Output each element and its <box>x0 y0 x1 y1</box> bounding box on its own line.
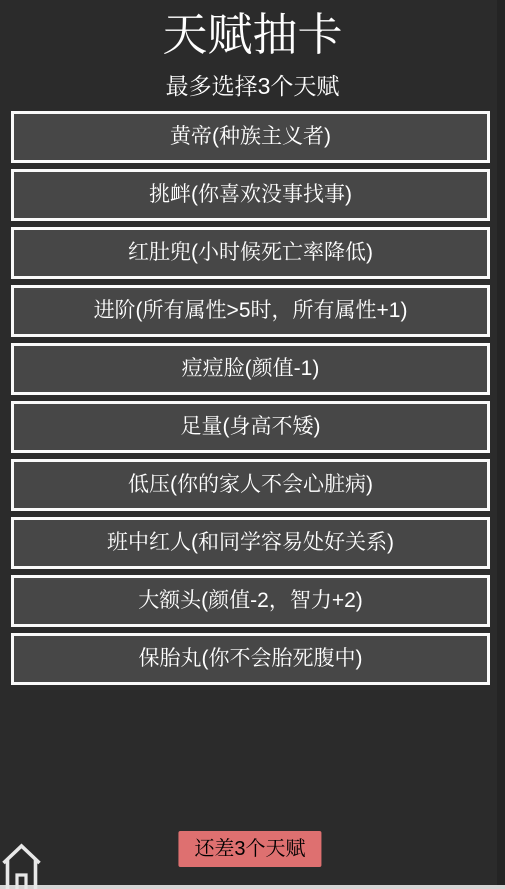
talent-list: 黄帝(种族主义者) 挑衅(你喜欢没事找事) 红肚兜(小时候死亡率降低) 进阶(所… <box>0 111 505 685</box>
talent-option-3[interactable]: 红肚兜(小时候死亡率降低) <box>11 227 490 279</box>
talent-status-button[interactable]: 还差3个天赋 <box>178 831 321 867</box>
talent-option-10[interactable]: 保胎丸(你不会胎死腹中) <box>11 633 490 685</box>
page-bottom-edge <box>0 885 505 889</box>
talent-option-2[interactable]: 挑衅(你喜欢没事找事) <box>11 169 490 221</box>
talent-option-9[interactable]: 大额头(颜值-2，智力+2) <box>11 575 490 627</box>
page-subtitle: 最多选择3个天赋 <box>0 71 505 101</box>
talent-option-6[interactable]: 足量(身高不矮) <box>11 401 490 453</box>
home-icon[interactable] <box>1 843 43 889</box>
talent-option-5[interactable]: 痘痘脸(颜值-1) <box>11 343 490 395</box>
talent-option-8[interactable]: 班中红人(和同学容易处好关系) <box>11 517 490 569</box>
right-edge-shade <box>497 0 505 885</box>
talent-option-4[interactable]: 进阶(所有属性>5时，所有属性+1) <box>11 285 490 337</box>
talent-option-1[interactable]: 黄帝(种族主义者) <box>11 111 490 163</box>
page-title: 天赋抽卡 <box>0 0 505 64</box>
talent-option-7[interactable]: 低压(你的家人不会心脏病) <box>11 459 490 511</box>
talent-draw-screen: 天赋抽卡 最多选择3个天赋 黄帝(种族主义者) 挑衅(你喜欢没事找事) 红肚兜(… <box>0 0 505 889</box>
